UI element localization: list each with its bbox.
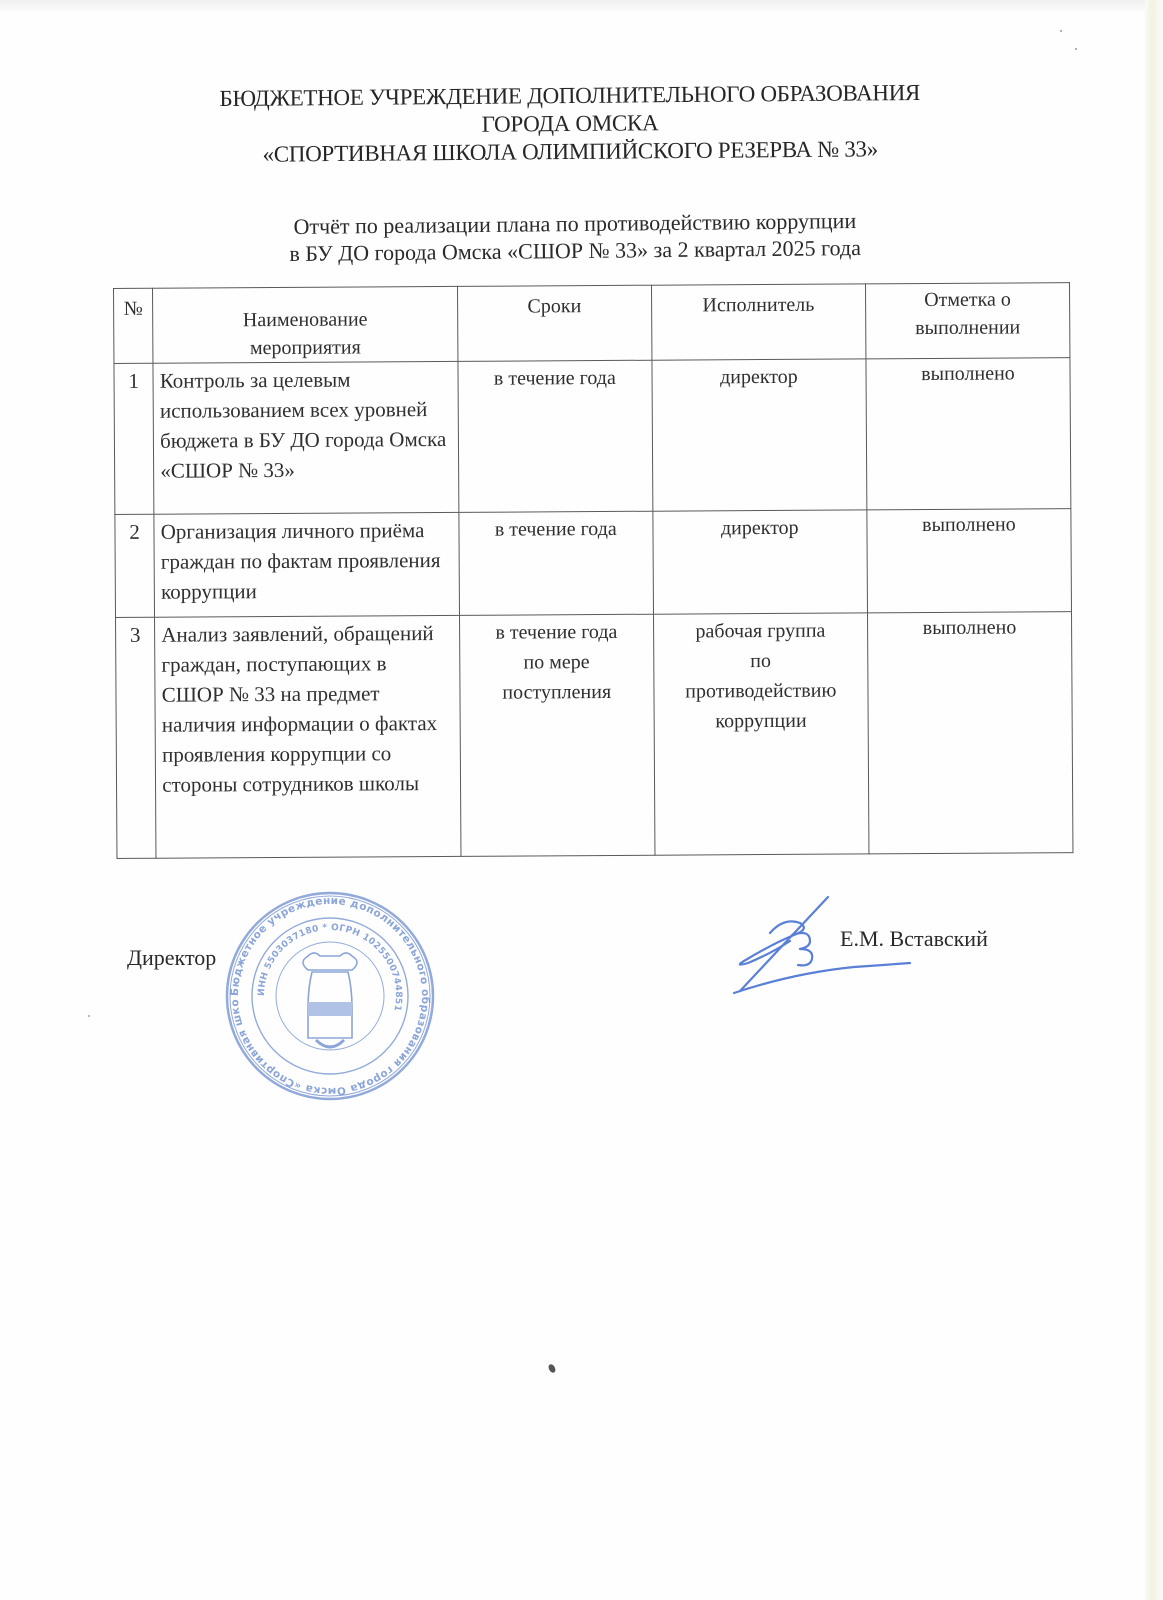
header-num: № (114, 288, 154, 363)
scan-speck (1060, 30, 1062, 32)
row-who: директор (653, 510, 868, 614)
official-stamp: Бюджетное учреждение дополнительного обр… (224, 890, 436, 1102)
row-when: в течение года (459, 511, 654, 615)
table-row: 1 Контроль за целевым использованием все… (114, 358, 1071, 515)
row-status: выполнено (867, 509, 1072, 613)
row-name: Организация личного приёма граждан по фа… (154, 512, 459, 617)
scan-shadow (0, 0, 1145, 14)
director-name: Е.М. Вставский (840, 926, 988, 952)
row-name: Анализ заявлений, обращений граждан, пос… (155, 615, 461, 858)
row-status: выполнено (867, 612, 1073, 854)
header-name: Наименование мероприятия (153, 286, 458, 363)
header-when: Сроки (457, 285, 651, 361)
scan-edge (1145, 0, 1163, 1600)
table-row: 2 Организация личного приёма граждан по … (115, 509, 1072, 618)
row-num: 2 (115, 514, 155, 617)
row-who: директор (652, 359, 867, 511)
row-when: в течение года (458, 360, 653, 512)
header-who: Исполнитель (651, 284, 866, 360)
header-mark: Отметка о выполнении (865, 283, 1070, 359)
row-when: в течение года по мере поступления (459, 614, 654, 856)
row-name: Контроль за целевым использованием всех … (153, 361, 458, 514)
report-title: Отчёт по реализации плана по противодейс… (150, 206, 1001, 269)
scan-speck (547, 1363, 557, 1374)
scan-speck (1075, 48, 1077, 50)
bell-emblem-icon (303, 953, 357, 1047)
organization-header: БЮДЖЕТНОЕ УЧРЕЖДЕНИЕ ДОПОЛНИТЕЛЬНОГО ОБР… (120, 78, 1021, 170)
report-table: № Наименование мероприятия Сроки Исполни… (113, 282, 1073, 859)
row-who: рабочая группа по противодействию корруп… (653, 613, 869, 855)
scan-speck (88, 1015, 90, 1017)
director-label: Директор (127, 945, 216, 971)
table-row: 3 Анализ заявлений, обращений граждан, п… (116, 612, 1073, 859)
row-num: 3 (116, 617, 157, 858)
row-status: выполнено (866, 358, 1071, 510)
row-num: 1 (114, 363, 154, 514)
table-header-row: № Наименование мероприятия Сроки Исполни… (114, 283, 1070, 364)
